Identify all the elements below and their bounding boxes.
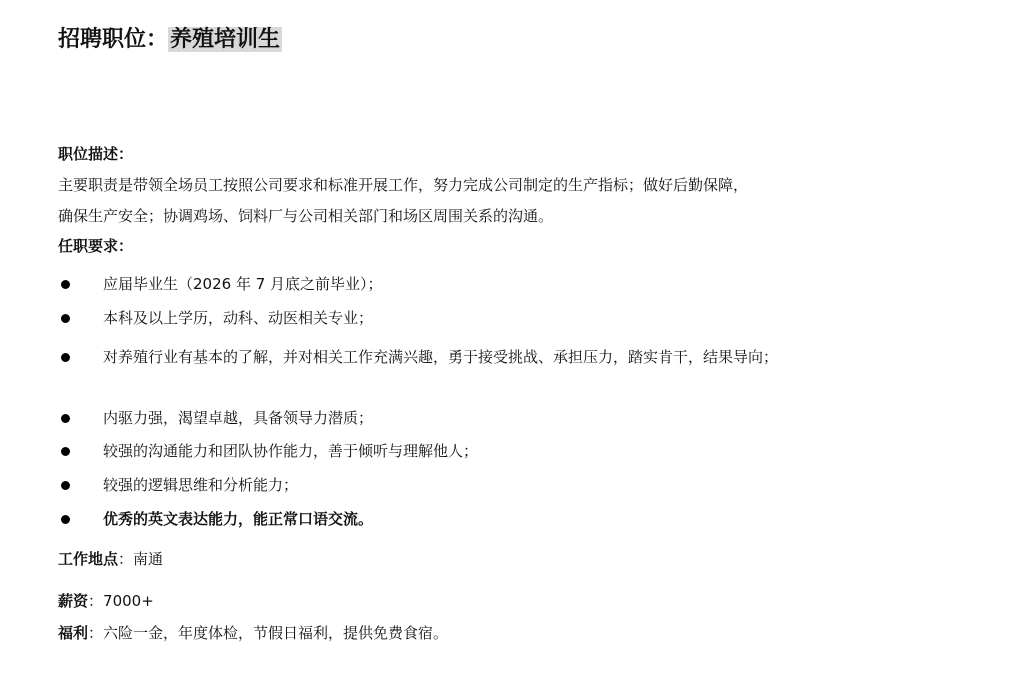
description-line-2: 确保生产安全；协调鸡场、饲料厂与公司相关部门和场区周围关系的沟通。 bbox=[58, 204, 553, 228]
description-heading: 职位描述： bbox=[58, 142, 133, 166]
location-value: 南通 bbox=[133, 550, 163, 568]
bullet-icon bbox=[61, 414, 70, 423]
title-label: 招聘职位： bbox=[58, 27, 168, 52]
page-title: 招聘职位：养殖培训生 bbox=[58, 22, 282, 58]
benefits-row: 福利：六险一金，年度体检，节假日福利，提供免费食宿。 bbox=[58, 621, 448, 645]
salary-value: 7000+ bbox=[103, 592, 154, 610]
requirement-item: 内驱力强，渴望卓越，具备领导力潜质； bbox=[58, 406, 938, 430]
benefits-label: 福利 bbox=[58, 624, 88, 642]
location-label: 工作地点 bbox=[58, 550, 118, 568]
bullet-icon bbox=[61, 515, 70, 524]
benefits-value: 六险一金，年度体检，节假日福利，提供免费食宿。 bbox=[103, 624, 448, 642]
bullet-icon bbox=[61, 353, 70, 362]
description-line-1: 主要职责是带领全场员工按照公司要求和标准开展工作，努力完成公司制定的生产指标；做… bbox=[58, 173, 748, 197]
requirements-heading: 任职要求： bbox=[58, 234, 133, 258]
requirement-item: 对养殖行业有基本的了解，并对相关工作充满兴趣，勇于接受挑战、承担压力，踏实肯干，… bbox=[58, 340, 938, 374]
bullet-icon bbox=[61, 447, 70, 456]
requirement-item-bold: 优秀的英文表达能力，能正常口语交流。 bbox=[58, 507, 938, 531]
bullet-icon bbox=[61, 280, 70, 289]
location-row: 工作地点：南通 bbox=[58, 547, 163, 571]
salary-label: 薪资 bbox=[58, 592, 88, 610]
requirement-item: 较强的沟通能力和团队协作能力，善于倾听与理解他人； bbox=[58, 439, 938, 463]
bullet-icon bbox=[61, 314, 70, 323]
requirement-item: 本科及以上学历，动科、动医相关专业； bbox=[58, 306, 938, 330]
position-name: 养殖培训生 bbox=[168, 27, 282, 52]
bullet-icon bbox=[61, 481, 70, 490]
requirement-item: 应届毕业生（2026 年 7 月底之前毕业）； bbox=[58, 272, 938, 296]
salary-row: 薪资：7000+ bbox=[58, 589, 154, 613]
requirement-item: 较强的逻辑思维和分析能力； bbox=[58, 473, 938, 497]
